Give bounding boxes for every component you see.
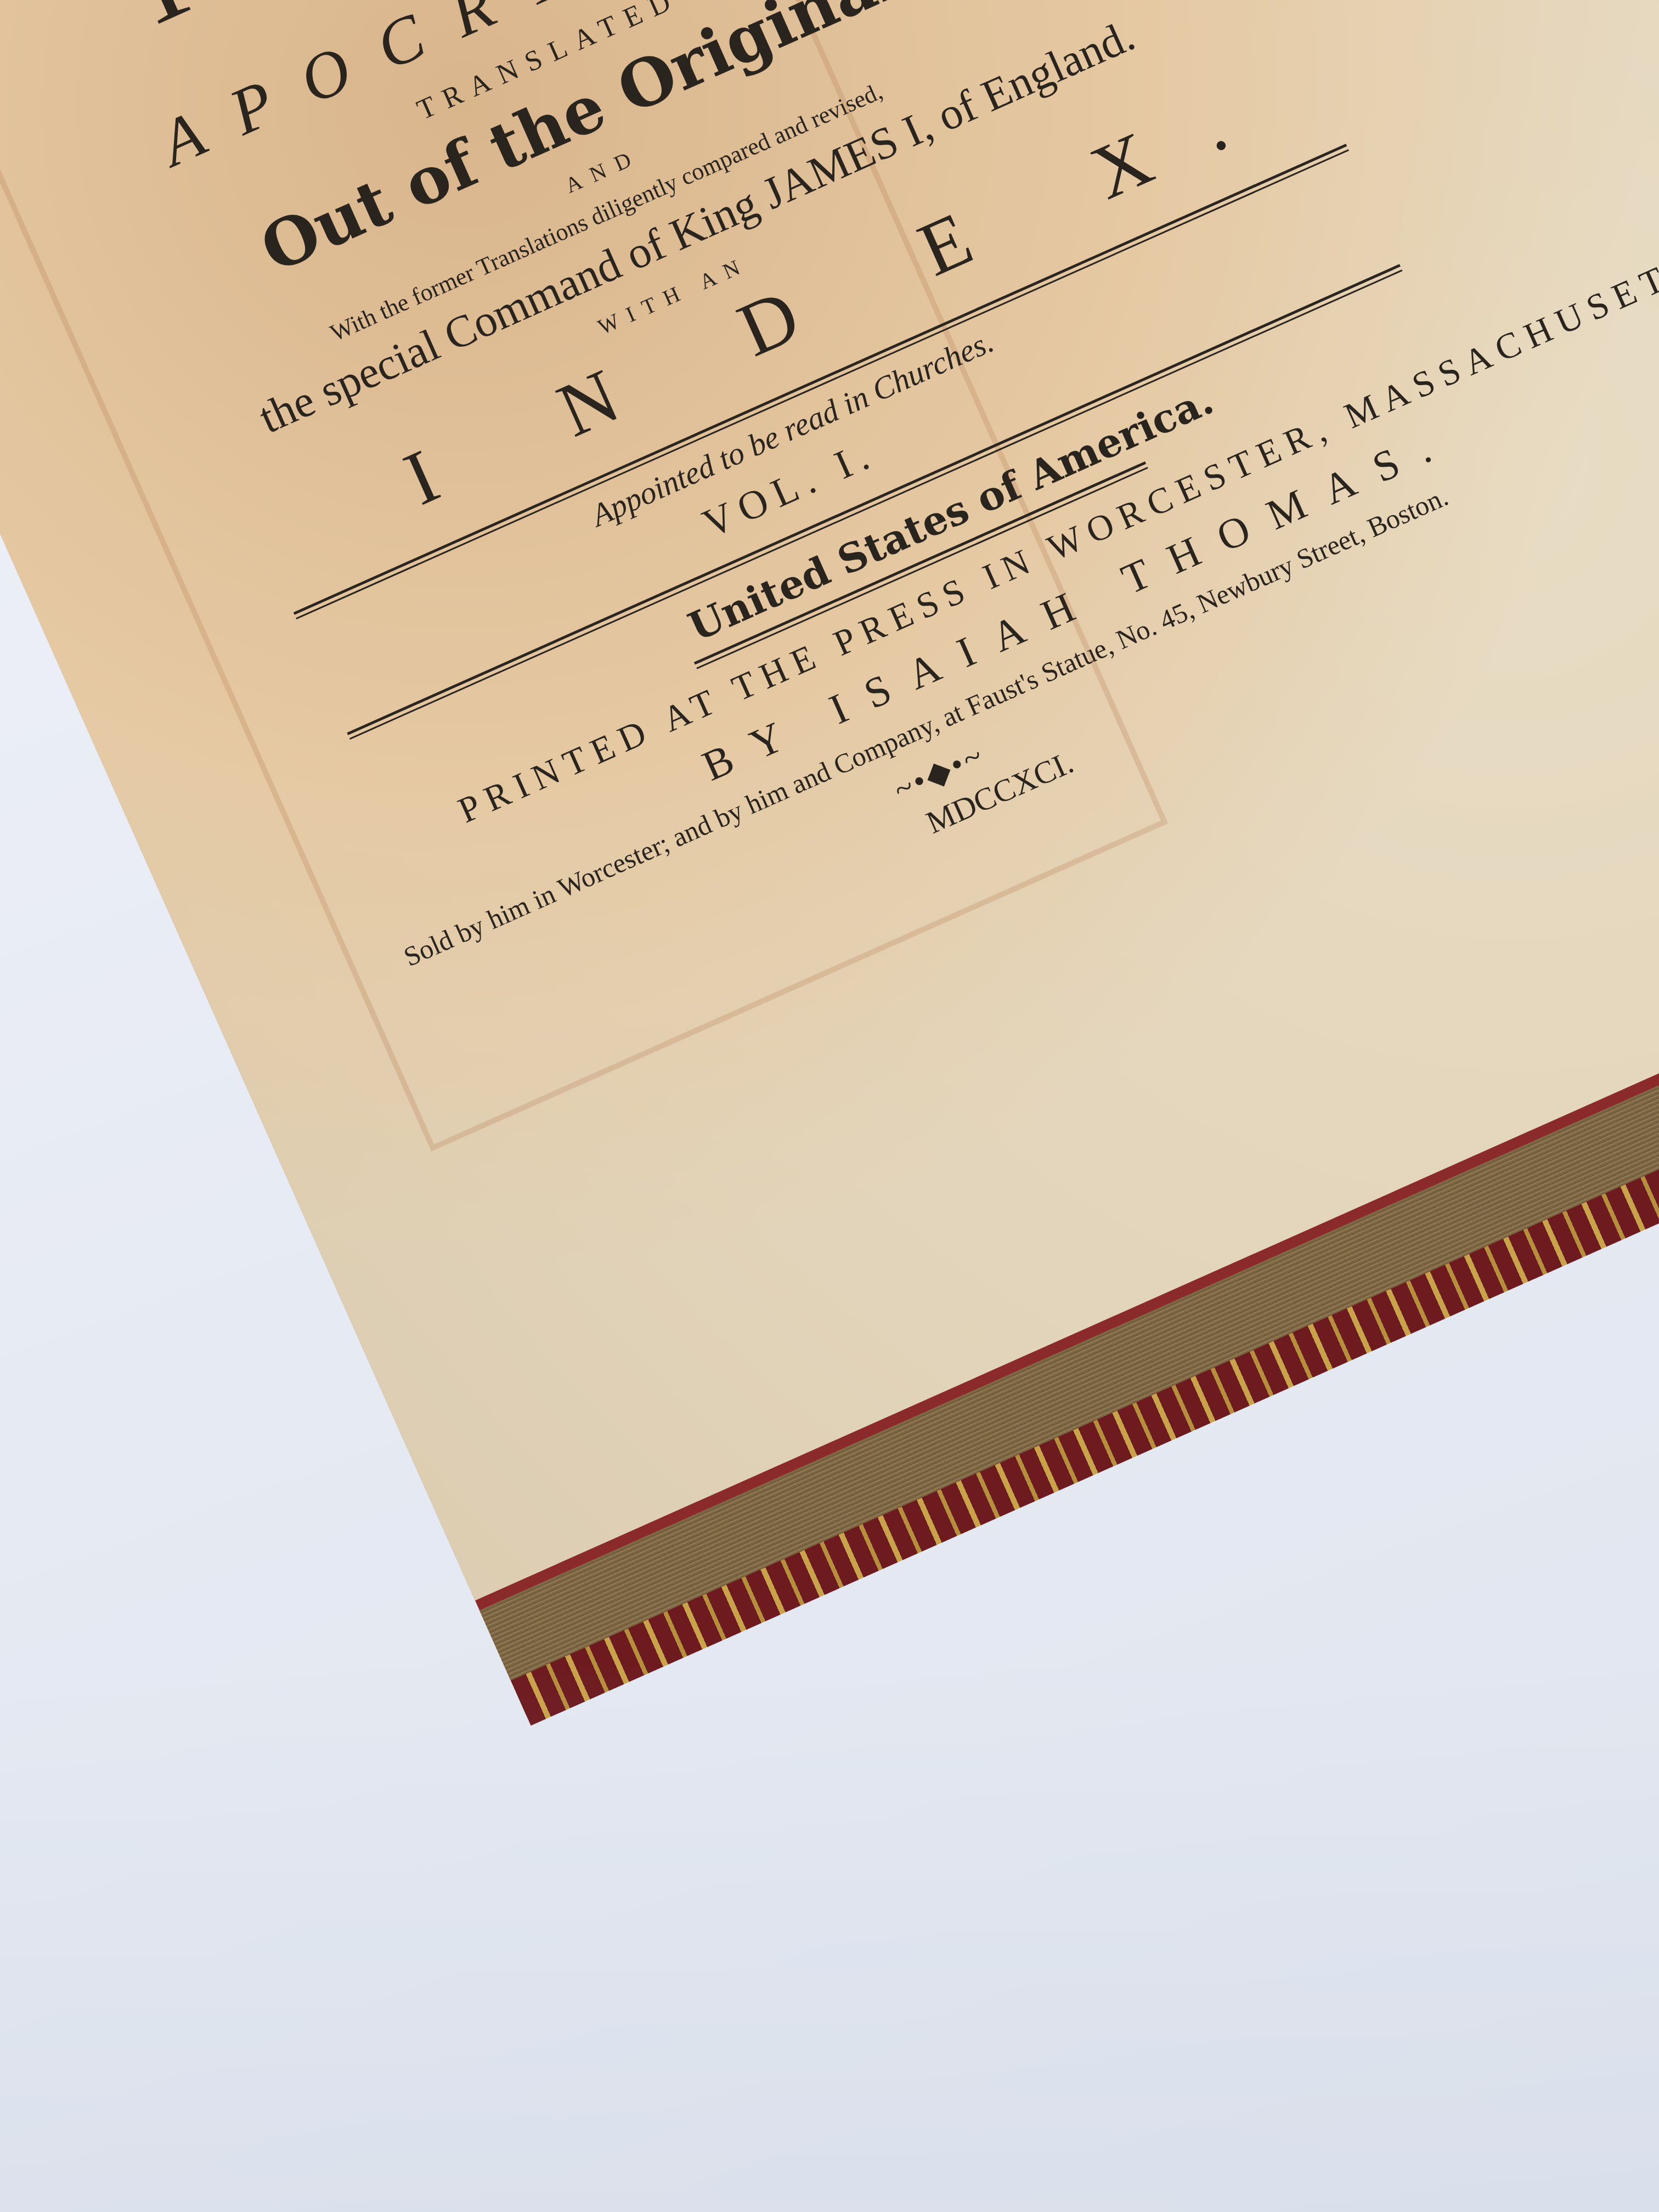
- book: Containing the Old and New Testaments: w…: [0, 0, 1659, 1726]
- table-surface: [0, 1663, 1659, 2212]
- title-page: Containing the Old and New Testaments: w…: [0, 0, 1659, 1600]
- photo-scene: Containing the Old and New Testaments: w…: [0, 0, 1659, 2212]
